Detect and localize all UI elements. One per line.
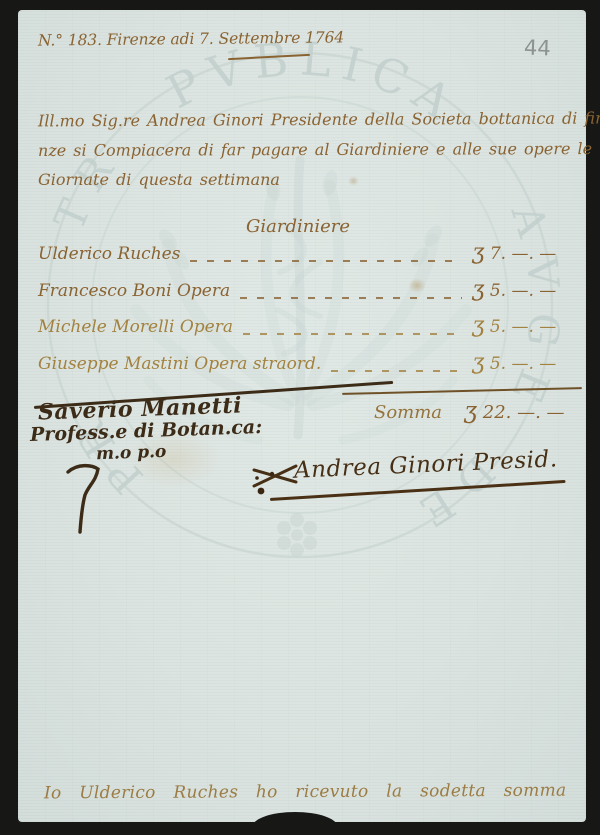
amount-value: 22. —. — — [483, 402, 565, 423]
header-number-date: N.° 183. Firenze adi 7. Settembre 1764 — [38, 28, 344, 49]
entry-name: Michele Morelli Opera — [38, 317, 233, 337]
entry-leader-dashes — [243, 333, 462, 335]
scan-background: PVBLICA AVGEN DE TR PR — [0, 0, 600, 835]
entry-leader-dashes — [331, 370, 462, 372]
amount-value: 5. —. — — [490, 317, 556, 337]
amount-value: 5. —. — — [490, 281, 556, 301]
payroll-entry-row: Michele Morelli Opera ʒ 5. —. — — [38, 313, 580, 350]
entry-amount: ʒ 5. —. — — [472, 350, 580, 375]
currency-symbol: ʒ — [472, 240, 484, 265]
entry-name: Francesco Boni Opera — [38, 281, 230, 301]
entry-leader-dashes — [240, 297, 462, 299]
paraph-flourish — [60, 460, 118, 540]
currency-symbol: ʒ — [464, 398, 477, 424]
entry-amount: ʒ 5. —. — — [472, 277, 580, 302]
currency-symbol: ʒ — [472, 350, 484, 375]
payroll-entry-row: Francesco Boni Opera ʒ 5. —. — — [38, 277, 580, 314]
entry-amount: ʒ 5. —. — — [472, 313, 580, 338]
amount-value: 7. —. — — [490, 244, 556, 264]
total-amount: ʒ 22. —. — — [464, 402, 565, 423]
receipt-line: Io Ulderico Ruches ho ricevuto la sodett… — [44, 781, 567, 804]
signature-cross-flourish — [252, 460, 300, 500]
letter-body-line-3: Giornate di questa settimana — [38, 170, 586, 189]
payroll-entry-row: Ulderico Ruches ʒ 7. —. — — [38, 240, 580, 277]
payroll-entry-row: Giuseppe Mastini Opera straord. ʒ 5. —. … — [38, 350, 580, 387]
folio-number: 44 — [524, 36, 552, 61]
amount-value: 5. —. — — [490, 354, 556, 374]
entry-leader-dashes — [190, 260, 462, 262]
total-row: Sommaʒ 22. —. — — [374, 398, 565, 424]
currency-symbol: ʒ — [472, 313, 484, 338]
currency-symbol: ʒ — [472, 277, 484, 302]
letter-body: Ill.mo Sig.re Andrea Ginori Presidente d… — [38, 110, 586, 200]
total-label: Somma — [374, 402, 442, 423]
section-heading: Giardiniere — [246, 216, 350, 237]
entry-amount: ʒ 7. —. — — [472, 240, 580, 265]
payroll-entries: Ulderico Ruches ʒ 7. —. — Francesco Boni… — [38, 240, 580, 386]
manuscript-page: PVBLICA AVGEN DE TR PR — [18, 10, 586, 822]
letter-body-line-1: Ill.mo Sig.re Andrea Ginori Presidente d… — [38, 109, 586, 131]
entry-name: Giuseppe Mastini Opera straord. — [38, 354, 321, 374]
watermark-rosette — [277, 513, 317, 557]
entry-name: Ulderico Ruches — [38, 244, 180, 264]
letter-body-line-2: nze si Compiacera di far pagare al Giard… — [38, 139, 586, 160]
